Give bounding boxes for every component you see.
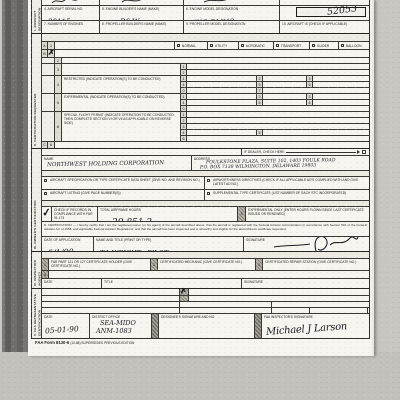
- category-transport: TRANSPORT: [274, 42, 310, 49]
- records-header-row: C. AIRCRAFT OPERATION AND MAINTENANCE RE…: [42, 200, 369, 206]
- clipped-cell: [280, 0, 369, 5]
- section-faa-representative: V. FAA REPRESENTATIVE CERTIFICATION (Che…: [32, 288, 369, 338]
- certification-basis-header-row: B. AIRCRAFT CERTIFICATION BASIS (Check a…: [42, 170, 369, 176]
- row-special-flight-permit: 6 SPECIAL FLIGHT PERMIT (Indicate operat…: [42, 111, 369, 141]
- inspector-signature-value: Michael J Larson: [266, 321, 348, 338]
- special-cert-check: ✗: [48, 50, 55, 56]
- date-of-application-label: DATE OF APPLICATION: [44, 238, 91, 242]
- engine-model-cell: 6. ENGINE MODEL DESIGNATION JT8D-7A/219: [184, 6, 280, 20]
- opt2-num: 2: [151, 259, 158, 270]
- records-row: ✓ CHECK IF RECORDS IN COMPLIANCE WITH FA…: [42, 206, 369, 221]
- inspection-title-label: TITLE: [104, 280, 239, 284]
- clipped-cell: [42, 0, 100, 5]
- dealer-checkbox: [362, 150, 365, 153]
- engine-model-value: JT8D-7A/219: [192, 17, 234, 20]
- registered-owner-header-row: A. REGISTERED OWNER (As shown on certifi…: [42, 149, 369, 155]
- owner-name-cell: NAME NORTHWEST HOLDING CORPORATION: [42, 156, 192, 170]
- certificate-holder-row: CERTIFICATE HOLDER UNDER FAR 65 FAR 121,…: [42, 307, 369, 313]
- opt3-num: 3: [256, 259, 263, 270]
- owner-name-value: NORTHWEST HOLDING CORPORATION: [47, 160, 189, 168]
- basis-row-1: AIRCRAFT SPECIFICATION OR TYPE CERTIFICA…: [42, 176, 369, 189]
- airframe-hours-cell: TOTAL AIRFRAME HOURS 29,851.2: [98, 207, 238, 221]
- category-utility: UTILITY: [208, 42, 239, 49]
- section4-side-strip: IV. INSPECTION AGENCY VERIFICATION: [32, 252, 42, 288]
- row-multiple-certificate: C 6 MULTIPLE AIRWORTHINESS CERTIFICATE (…: [42, 141, 369, 148]
- hatched-divider: [255, 314, 262, 338]
- aircraft-serial-cell: 4. AIRCRAFT SERIAL NO. 20115: [42, 6, 100, 20]
- section3-side-strip: III. OWNER'S CERTIFICATION: [32, 149, 42, 251]
- section3-vertical-label: III. OWNER'S CERTIFICATION: [33, 151, 37, 249]
- normal-checkbox: [177, 44, 180, 47]
- aircraft-listing-cell: AIRCRAFT LISTING (Give page number(s)): [42, 190, 205, 200]
- transport-checkbox: [276, 44, 279, 47]
- experimental-label: EXPERIMENTAL (Indicate operation(s) to b…: [64, 95, 178, 99]
- certificated-mechanic-label: CERTIFICATED MECHANIC (Give Certificate …: [160, 260, 253, 264]
- number-of-engines-value: 3: [66, 32, 71, 33]
- aircraft-is-cell: 10. AIRCRAFT IS (Check if applicable) IM…: [280, 21, 369, 33]
- cert-requested-checkbox: ✗: [180, 289, 189, 295]
- inspection-signature-row: DATE TITLE SIGNATURE: [42, 278, 369, 288]
- class2-row: 2 CLASS II: [181, 69, 369, 75]
- opt4-num: 4: [42, 271, 49, 278]
- experimental-only-label: EXPERIMENTAL ONLY (Enter hours flown sin…: [248, 208, 367, 216]
- section1-side-strip: I. AIRCRAFT DESCRIPTION: [32, 0, 42, 33]
- inspector-designee-row: B. Inspection for a special flight permi…: [42, 301, 369, 307]
- basis-row-2: AIRCRAFT LISTING (Give page number(s)) S…: [42, 189, 369, 200]
- faa-inspector-cell: FAA INSPECTOR: [180, 302, 272, 307]
- form-footer: FAA Form 8130-6 (10-88) SUPERSEDES PREVI…: [35, 340, 134, 345]
- faa-date-value: 05-01-90: [45, 324, 88, 336]
- certificate-requested-row: (Check ALL applicable blocks in items A …: [42, 289, 369, 295]
- cert-requested-check: ✗: [180, 289, 188, 295]
- flight-permit-label: SPECIAL FLIGHT PERMIT (Indicate operatio…: [64, 113, 178, 125]
- aircraft-listing-checkbox: [44, 192, 47, 195]
- engine-builder-label: 5. ENGINE BUILDER'S NAME (Make): [102, 7, 181, 11]
- category-balloon: BALLOON: [339, 42, 369, 49]
- clipped-cell: [100, 0, 184, 5]
- stc-cell: SUPPLEMENTAL TYPE CERTIFICATE (List numb…: [205, 190, 369, 200]
- propeller-model-label: 9. PROPELLER MODEL DESIGNATION: [186, 22, 277, 26]
- rowC-num: 6: [48, 142, 55, 148]
- owner-signature-row: DATE OF APPLICATION 5/1/90 NAME AND TITL…: [42, 236, 369, 251]
- faa-designee-cell: FAA DESIGNEE: [272, 302, 369, 307]
- aircraft-listing-label: AIRCRAFT LISTING (Give page number(s)): [50, 191, 202, 195]
- stc-label: SUPPLEMENTAL TYPE CERTIFICATE (List numb…: [213, 191, 367, 195]
- form-edition-note: (10-88) SUPERSEDES PREVIOUS EDITION: [70, 341, 134, 345]
- owner-signature-scribble: [270, 237, 360, 251]
- special-cert-label-cell: SPECIAL AIRWORTHINESS CERTIFICATE (Check…: [55, 50, 369, 57]
- district-office-line1: SEA-MIDO: [100, 319, 149, 327]
- repair-station-label: CERTIFICATED REPAIR STATION (Give Certif…: [265, 260, 367, 264]
- glider-checkbox: [312, 44, 315, 47]
- category-normal: NORMAL: [175, 42, 208, 49]
- experimental-num: 5: [55, 94, 62, 111]
- type-certificate-checkbox: [44, 179, 47, 182]
- propeller-builder-label: 8. PROPELLER BUILDER'S NAME (Make): [102, 22, 181, 26]
- standard-cert-label-cell: STANDARD AIRWORTHINESS CERTIFICATE (Indi…: [55, 42, 175, 49]
- engine-builder-cell: 5. ENGINE BUILDER'S NAME (Make) P&W: [100, 6, 184, 20]
- airframe-hours-value: 29,851.2: [112, 218, 152, 221]
- airframe-hours-label: TOTAL AIRFRAME HOURS: [100, 208, 235, 212]
- section5-side-strip: V. FAA REPRESENTATIVE CERTIFICATION: [32, 289, 42, 338]
- date-of-application-value: 5/1/90: [48, 247, 74, 251]
- row-provisional: 3 PROVISIONAL (Indicate class) 1 CLASS I…: [42, 63, 369, 75]
- section-inspection-agency: IV. INSPECTION AGENCY VERIFICATION A. TH…: [32, 251, 369, 288]
- utility-checkbox: [210, 44, 213, 47]
- name-title-value: T.J. WRIGHT , PILOT: [100, 249, 168, 251]
- section1-vertical-label: I. AIRCRAFT DESCRIPTION: [33, 2, 42, 31]
- amendment-checkbox: [180, 296, 189, 301]
- records-compliance-label: CHECK IF RECORDS IN COMPLIANCE WITH FAR …: [54, 208, 95, 220]
- district-office-cell: DISTRICT OFFICE SEA-MIDO ANM-1083: [90, 314, 152, 338]
- stc-checkbox: [207, 192, 210, 195]
- scanned-faa-form-8130-6: I. AIRCRAFT DESCRIPTION: [0, 0, 400, 400]
- engine-model-label: 6. ENGINE MODEL DESIGNATION: [186, 7, 277, 11]
- amendment-row: A. I find that the aircraft described in…: [42, 295, 369, 301]
- scanner-bottom-edge: [0, 352, 400, 400]
- aircraft-is-label: 10. AIRCRAFT IS (Check if applicable): [282, 22, 367, 26]
- balloon-checkbox: [341, 44, 344, 47]
- limited-num: 2: [55, 58, 62, 63]
- hatched-divider: [152, 314, 159, 338]
- district-office-line2: ANM-1083: [96, 327, 149, 335]
- section2-side-strip: II. CERTIFICATION REQUESTED: [32, 34, 42, 148]
- faa-coding-cell: 52053: [280, 6, 369, 20]
- inspection-date-label: DATE: [44, 280, 99, 284]
- name-title-cell: NAME AND TITLE (Print or type) T.J. WRIG…: [94, 237, 244, 251]
- number-of-engines-label: 7. NUMBER OF ENGINES: [44, 22, 97, 26]
- clipped-top-row: [42, 0, 369, 5]
- experimental-only-num: 3: [238, 207, 246, 221]
- section4-vertical-label: IV. INSPECTION AGENCY VERIFICATION: [33, 254, 42, 286]
- inspector-signature-cell: FAA INSPECTOR'S SIGNATURE Michael J Lars…: [262, 314, 369, 338]
- category-acrobatic: ACROBATIC: [239, 42, 274, 49]
- if-dealer-cell: IF DEALER, CHECK HERE: [242, 149, 369, 155]
- form-grid: I. AIRCRAFT DESCRIPTION: [31, 0, 370, 339]
- inspector-signature-label: FAA INSPECTOR'S SIGNATURE: [264, 315, 367, 319]
- propeller-builder-cell: 8. PROPELLER BUILDER'S NAME (Make) N/A: [100, 21, 184, 33]
- acrobatic-checkbox: [241, 44, 244, 47]
- designee-signature-label: DESIGNEE'S SIGNATURE AND NO.: [161, 315, 252, 319]
- row-standard-certificate: A 1 STANDARD AIRWORTHINESS CERTIFICATE (…: [42, 41, 369, 49]
- airworthiness-directives-checkbox: [207, 179, 210, 182]
- section-owners-certification: III. OWNER'S CERTIFICATION A. REGISTERED…: [32, 148, 369, 251]
- row-restricted: 4 RESTRICTED (Indicate operation(s) to b…: [42, 75, 369, 93]
- if-dealer-label: IF DEALER, CHECK HERE: [244, 150, 285, 154]
- aircraft-serial-label: 4. AIRCRAFT SERIAL NO.: [44, 7, 97, 11]
- number-of-engines-cell: 7. NUMBER OF ENGINES 3: [42, 21, 100, 33]
- aircraft-serial-value: 20115: [48, 18, 70, 20]
- propeller-model-cell: 9. PROPELLER MODEL DESIGNATION N/A: [184, 21, 280, 33]
- restricted-label: RESTRICTED (Indicate operation(s) to be …: [64, 77, 178, 81]
- class1-row: 1 CLASS I: [181, 64, 369, 69]
- records-check: ✓: [42, 207, 52, 219]
- provisional-num: 3: [55, 64, 62, 75]
- section-aircraft-description: I. AIRCRAFT DESCRIPTION: [32, 0, 369, 33]
- arrow-right-icon: [357, 150, 360, 154]
- section2-vertical-label: II. CERTIFICATION REQUESTED: [33, 36, 37, 146]
- airworthiness-directives-cell: AIRWORTHINESS DIRECTIVES (Check if all a…: [205, 177, 369, 189]
- section5-vertical-label: V. FAA REPRESENTATIVE CERTIFICATION: [33, 291, 42, 336]
- aircraft-manufacturer-row: 4 AIRCRAFT MANUFACTURER (Give name of fi…: [42, 270, 369, 278]
- rowA-num: 1: [48, 42, 55, 49]
- rowB-checkbox: ✗: [48, 50, 55, 57]
- owner-signature-cell: SIGNATURE: [244, 237, 369, 251]
- experimental-only-cell: EXPERIMENTAL ONLY (Enter hours flown sin…: [246, 207, 369, 221]
- owner-name-address-row: NAME NORTHWEST HOLDING CORPORATION ADDRE…: [42, 155, 369, 170]
- row-special-certificate: B ✗ SPECIAL AIRWORTHINESS CERTIFICATE (C…: [42, 49, 369, 57]
- inspection-signature-label: SIGNATURE: [244, 280, 367, 284]
- faa-signature-row: DATE 05-01-90 DISTRICT OFFICE SEA-MIDO A…: [42, 313, 369, 338]
- engine-builder-value: P&W: [120, 17, 139, 20]
- row-experimental: 5 EXPERIMENTAL (Indicate operation(s) to…: [42, 93, 369, 111]
- far145-cell: FAR 145: [368, 308, 372, 313]
- form-page: I. AIRCRAFT DESCRIPTION: [28, 0, 374, 356]
- type-certificate-label: AIRCRAFT SPECIFICATION OR TYPE CERTIFICA…: [50, 178, 202, 182]
- type-certificate-cell: AIRCRAFT SPECIFICATION OR TYPE CERTIFICA…: [42, 177, 205, 189]
- airworthiness-directives-label: AIRWORTHINESS DIRECTIVES (Check if all a…: [213, 178, 367, 186]
- flight-permit-num: 6: [55, 112, 62, 141]
- owner-address-cell: ADDRESS FOULKSTONE PLAZA, SUITE 102, 140…: [192, 156, 369, 170]
- clipped-cell: [184, 0, 280, 5]
- inspection-header-row: A. THE AIRCRAFT DESCRIBED ABOVE HAS BEEN…: [42, 252, 369, 258]
- records-checkbox-cell: ✓: [42, 207, 52, 221]
- designee-signature-cell: DESIGNEE'S SIGNATURE AND NO.: [159, 314, 255, 338]
- restricted-num: 4: [55, 76, 62, 93]
- category-glider: GLIDER: [310, 42, 339, 49]
- owner-certification-text: D. CERTIFICATION — I hereby certify that…: [44, 223, 367, 231]
- owner-certification-text-row: D. CERTIFICATION — I hereby certify that…: [42, 221, 369, 236]
- opt1-num: 1: [42, 259, 49, 270]
- part121-holder-label: FAR PART 121 OR 127 CERTIFICATE HOLDER (…: [51, 260, 148, 268]
- far65-cell: FAR 65: [272, 308, 310, 313]
- far121-cell: FAR 121, 127 OR 135: [310, 308, 368, 313]
- row-limited: 2 LIMITED: [42, 57, 369, 63]
- faa-date-label: DATE: [44, 315, 87, 319]
- date-of-application-cell: DATE OF APPLICATION 5/1/90: [42, 237, 94, 251]
- row-serial-engine: 4. AIRCRAFT SERIAL NO. 20115 5. ENGINE B…: [42, 5, 369, 20]
- scanner-dark-edge: [2, 0, 28, 358]
- section-certification-requested: II. CERTIFICATION REQUESTED APPLICATION …: [32, 33, 369, 148]
- inspection-options-row: 1 FAR PART 121 OR 127 CERTIFICATE HOLDER…: [42, 258, 369, 270]
- dealer-line: [286, 152, 357, 153]
- row-engines-propeller: 7. NUMBER OF ENGINES 3 8. PROPELLER BUIL…: [42, 20, 369, 33]
- form-number: FAA Form 8130-6: [35, 340, 69, 345]
- name-title-label: NAME AND TITLE (Print or type): [96, 238, 241, 242]
- faa-date-cell: DATE 05-01-90: [42, 314, 90, 338]
- application-header-row: APPLICATION IS HEREBY MADE FOR: (Check a…: [42, 34, 369, 41]
